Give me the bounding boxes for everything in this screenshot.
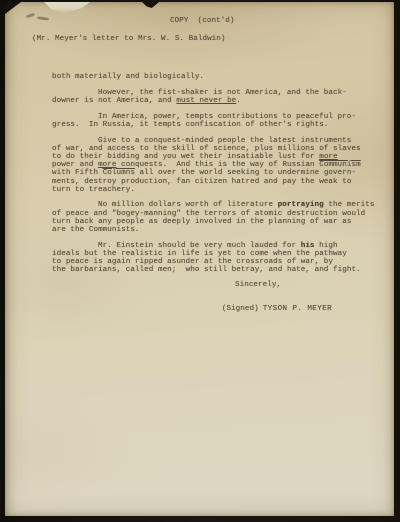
letter-paragraph: both materially and biologically. (52, 73, 388, 81)
signature-name: TYSON P. MEYER (259, 305, 332, 313)
copy-heading: COPY (cont'd) (170, 17, 388, 25)
letter-line: to peace is again ripped asunder at the … (52, 258, 388, 266)
letter-line: the barbarians, called men; who still be… (52, 266, 388, 274)
letter-line: ments, destroy production, fan citizen h… (52, 178, 388, 186)
letter-line: Mr. Einstein should be very much lauded … (52, 242, 388, 250)
letter-line: Give to a conquest-minded people the lat… (52, 137, 388, 145)
letter-line: of war, and access to the skill of scien… (52, 145, 388, 153)
letter-paragraph: However, the fist-shaker is not America,… (52, 89, 388, 105)
letter-line: to do their bidding and you wet their in… (52, 153, 388, 161)
letter-line: ideals but the realistic in life is yet … (52, 250, 388, 258)
letter-line: However, the fist-shaker is not America,… (52, 89, 388, 97)
letter-line: of peace and "bogey-manning" the terrors… (52, 210, 388, 218)
closing-line: Sincerely, (235, 281, 388, 289)
letter-body: both materially and biologically.However… (32, 73, 388, 274)
letter-line: turn back any people as deeply involved … (52, 218, 388, 226)
letter-line: downer is not America, and must never be… (52, 97, 388, 105)
letter-line: both materially and biologically. (52, 73, 388, 81)
letter-line: gress. In Russia, it tempts confiscation… (52, 121, 388, 129)
letter-line: In America, power, tempts contributions … (52, 113, 388, 121)
letter-paragraph: In America, power, tempts contributions … (52, 113, 388, 129)
photo-background: COPY (cont'd) (Mr. Meyer's letter to Mrs… (0, 0, 400, 522)
letter-paragraph: Mr. Einstein should be very much lauded … (52, 242, 388, 275)
letter-line: are the Communists. (52, 226, 388, 234)
letter-line: with Fifth Columns all over the world se… (52, 169, 388, 177)
letter-subheading: (Mr. Meyer's letter to Mrs. W. S. Baldwi… (32, 35, 388, 43)
letter-paper: COPY (cont'd) (Mr. Meyer's letter to Mrs… (5, 2, 394, 516)
letter-paragraph: No million dollars worth of literature p… (52, 201, 388, 234)
signature-line: (Signed)TYSON P. MEYER (185, 297, 388, 322)
signed-label: (Signed) (222, 305, 259, 313)
letter-paragraph: Give to a conquest-minded people the lat… (52, 137, 388, 194)
letter-line: No million dollars worth of literature p… (52, 201, 388, 209)
letter-text: COPY (cont'd) (Mr. Meyer's letter to Mrs… (32, 17, 388, 322)
letter-line: turn to treachery. (52, 186, 388, 194)
